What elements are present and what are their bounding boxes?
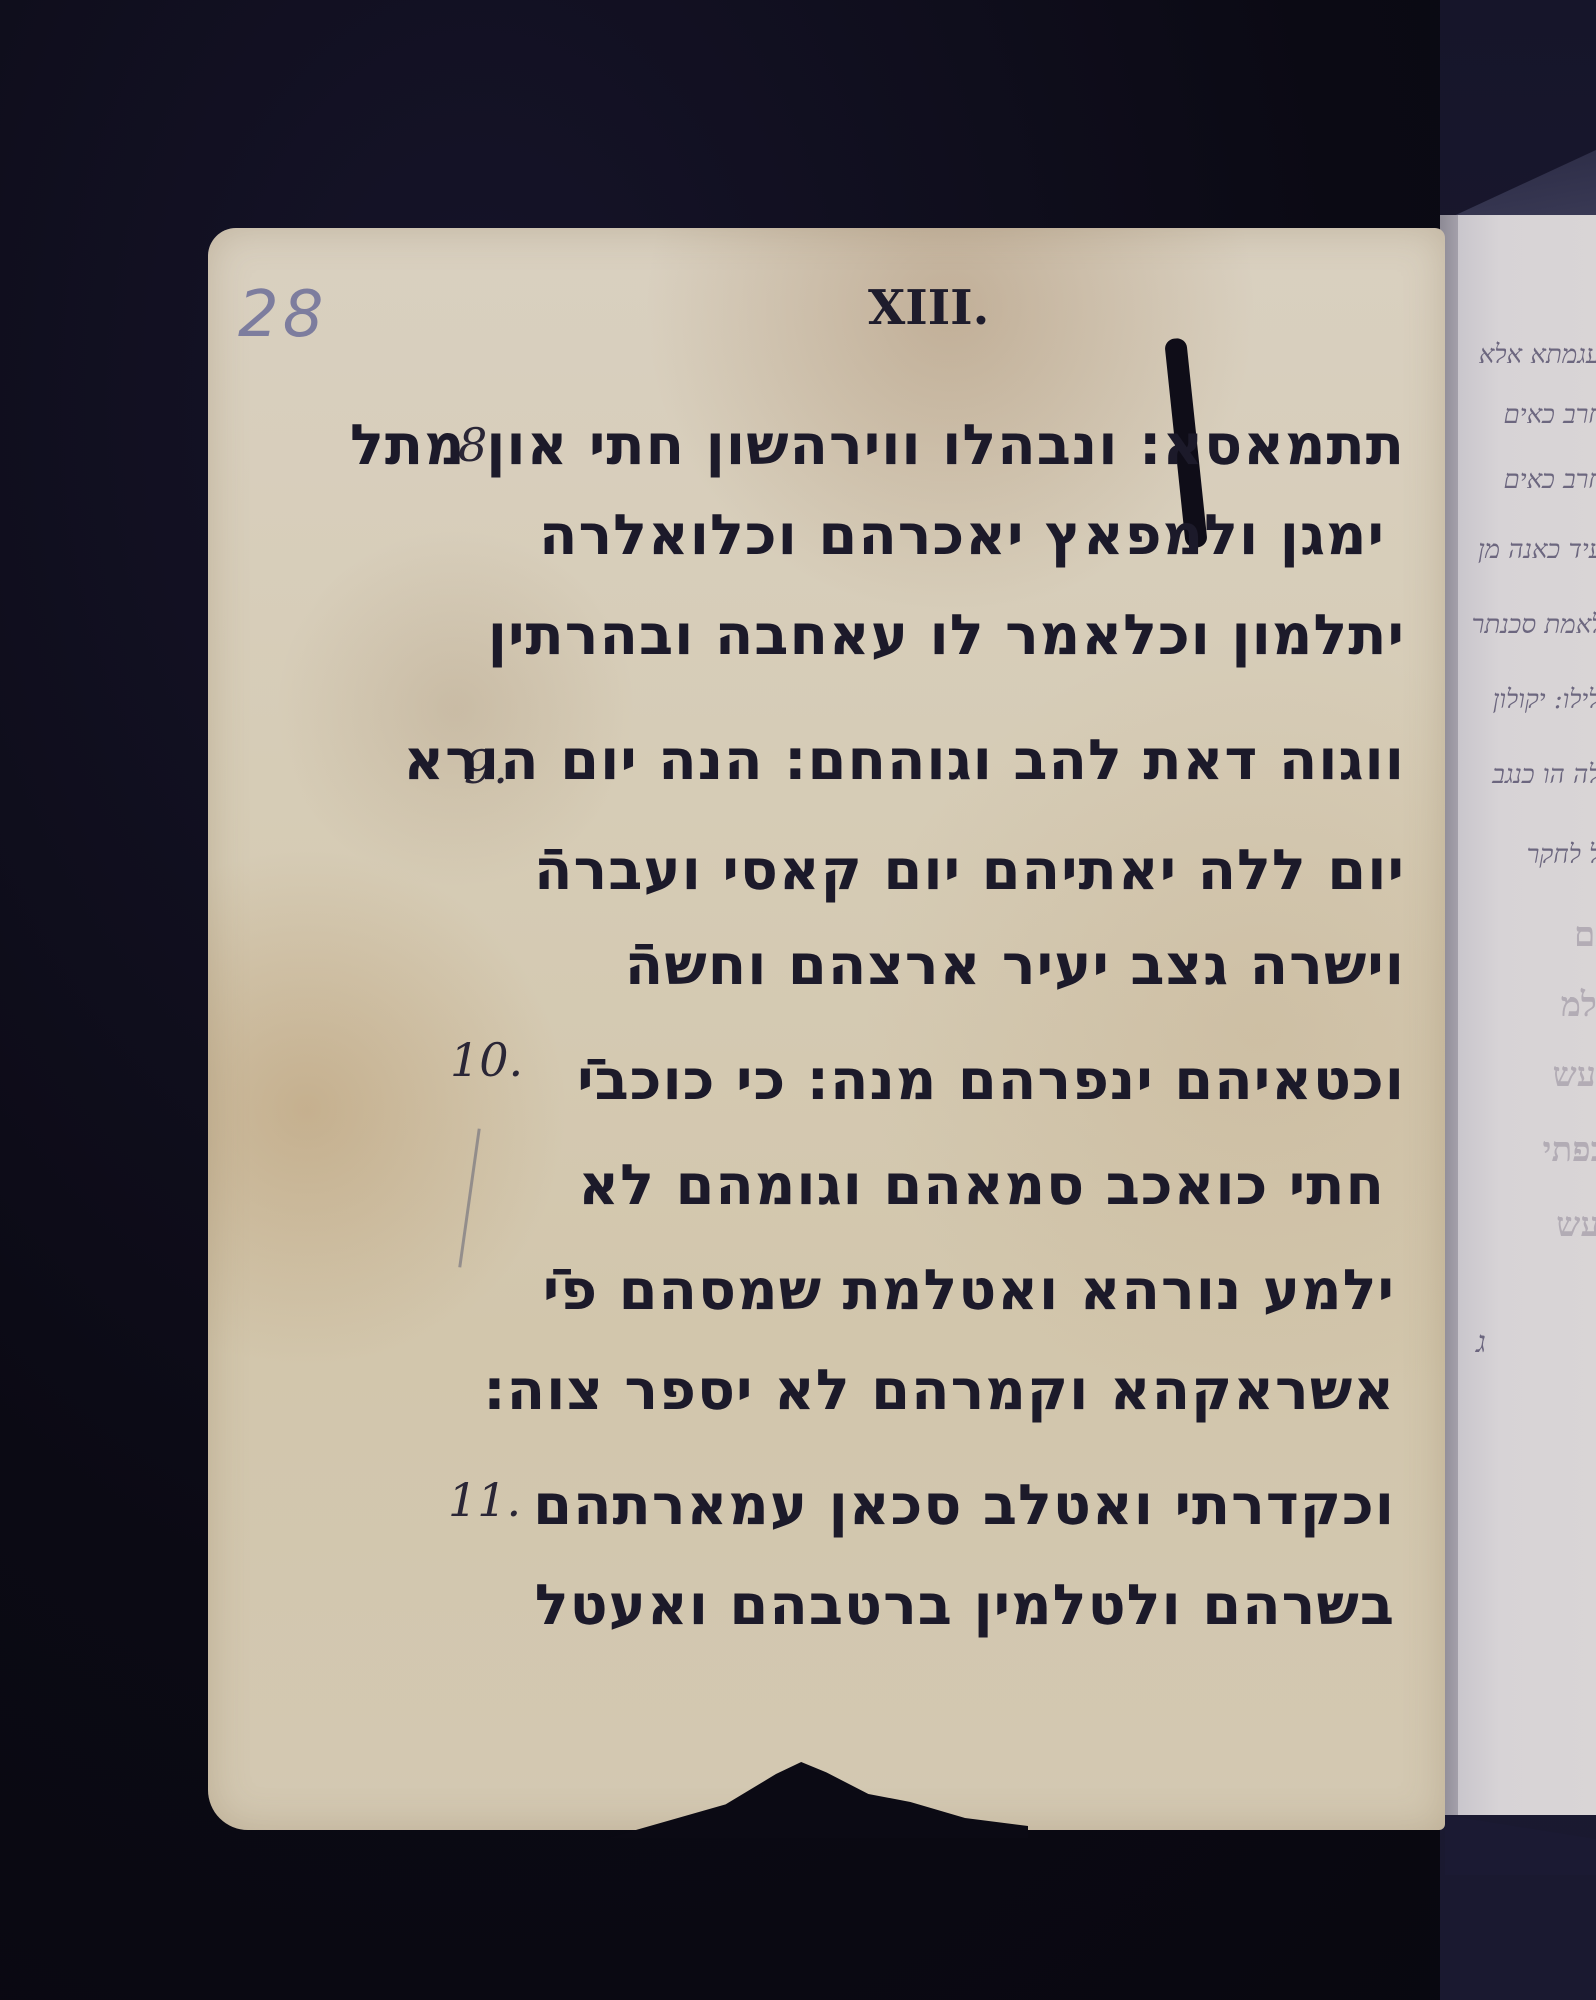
torn-edge (608, 1758, 1028, 1838)
adjacent-line: תם (1574, 915, 1596, 955)
adjacent-line: אלילו: יקולון (1493, 685, 1596, 715)
text-line: תתמאסא: ונבהלו ווירהשון חתי און מתל (350, 413, 1405, 478)
text-line: ימגן ולמפאץ יאכרהם וכלואלרה (539, 503, 1385, 568)
text-line: יום ללה יאתיהם יום קאסי ועברהֿ (534, 838, 1405, 903)
adjacent-page: מעגמתא אלא לחרב כאים לחרב כאים בעיד כאנה… (1458, 215, 1596, 1815)
adjacent-line: אלה הו כנגב (1492, 760, 1596, 790)
text-line: וישרה גצב יעיר ארצהם וחשהֿ (625, 933, 1405, 998)
text-line: וכטאיהם ינפרהם מנה: כי כוכביֿ (577, 1048, 1405, 1113)
text-line: יתלמון וכלאמר לו עאחבה ובהרתין (488, 603, 1405, 668)
verse-number: 10. (450, 1033, 523, 1087)
verse-number: 11. (448, 1473, 521, 1527)
text-line: ווגוה דאת להב וגוהחם: הנה יום הורא (403, 728, 1405, 793)
adjacent-line: לחרב כאים (1504, 465, 1596, 495)
pencil-mark (458, 1128, 480, 1267)
adjacent-line: בעש (1556, 1205, 1596, 1245)
adjacent-line: וכפתי (1543, 1130, 1596, 1170)
chapter-marker: XIII. (868, 280, 989, 336)
adjacent-line: על לחקר (1527, 840, 1596, 870)
adjacent-line: בלאמת סכנתר (1472, 610, 1596, 640)
adjacent-line: בעיד כאנה מן (1478, 535, 1596, 565)
manuscript-page: 28 XIII. 8. תתמאסא: ונבהלו ווירהשון חתי … (208, 228, 1445, 1830)
folio-number: 28 (238, 278, 327, 352)
text-line: וכקדרתי ואטלב סכאן עמארתהם (533, 1473, 1395, 1538)
adjacent-line: חעש (1553, 1055, 1596, 1095)
adjacent-line: לחרב כאים (1504, 400, 1596, 430)
text-line: בשרהם ולטלמין ברטבהם ואעטל (535, 1573, 1395, 1638)
adjacent-line: מעגמתא אלא (1479, 340, 1596, 370)
text-line: ילמע נורהא ואטלמת שמסהם פיֿ (543, 1258, 1395, 1323)
adjacent-page-number: ג (1476, 1325, 1486, 1360)
text-line: חתי כואכב סמאהם וגומהם לא (578, 1153, 1385, 1218)
adjacent-line: עלמ (1561, 985, 1596, 1025)
text-line: אשראקהא וקמרהם לא יספר צוה: (483, 1358, 1395, 1423)
